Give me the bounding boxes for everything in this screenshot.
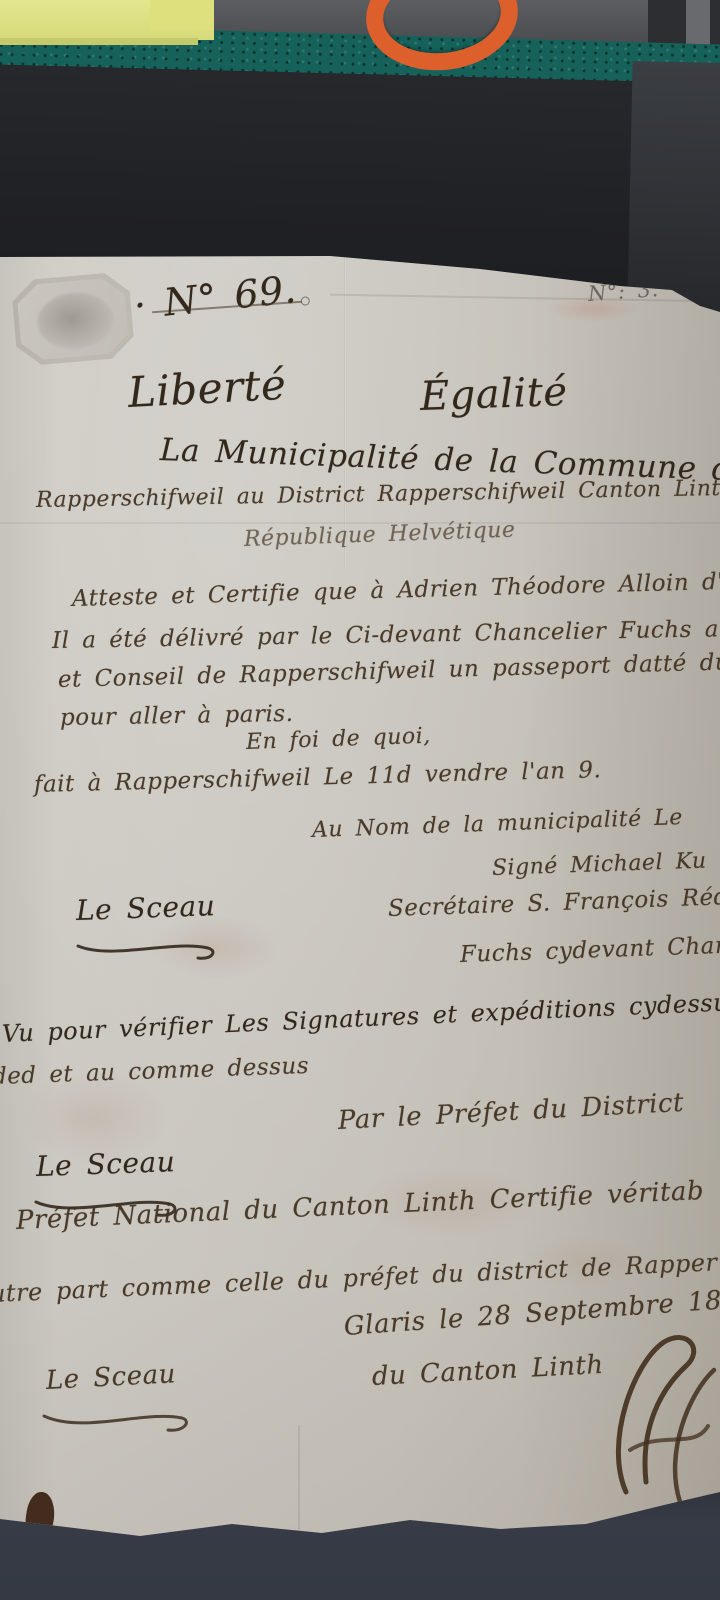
embossed-seal-relief	[35, 290, 116, 352]
yellow-sticky-notes-top	[150, 0, 214, 30]
flourish-underline	[38, 1408, 198, 1438]
motto-egalite: Égalité	[419, 369, 568, 420]
desk-reflection	[686, 0, 710, 46]
yellow-sticky-notes-edge	[0, 38, 198, 45]
photo-of-document: · N° 69. N°: 3. — Liberté Égalité La Mun…	[0, 0, 720, 1600]
embossed-seal-inner	[16, 276, 130, 361]
line-le-sceau-1: Le Sceau	[75, 889, 215, 927]
flourish-underline	[72, 938, 222, 964]
motto-liberte: Liberté	[127, 360, 288, 417]
embossed-seal-icon	[10, 271, 135, 367]
dark-table-surface-right	[627, 61, 720, 313]
signature-flourish	[592, 1330, 720, 1510]
line-paris: pour aller à paris.	[60, 701, 294, 731]
line-le-sceau-2: Le Sceau	[35, 1145, 175, 1183]
fold-crease	[344, 257, 347, 567]
fold-crease	[298, 1425, 300, 1530]
